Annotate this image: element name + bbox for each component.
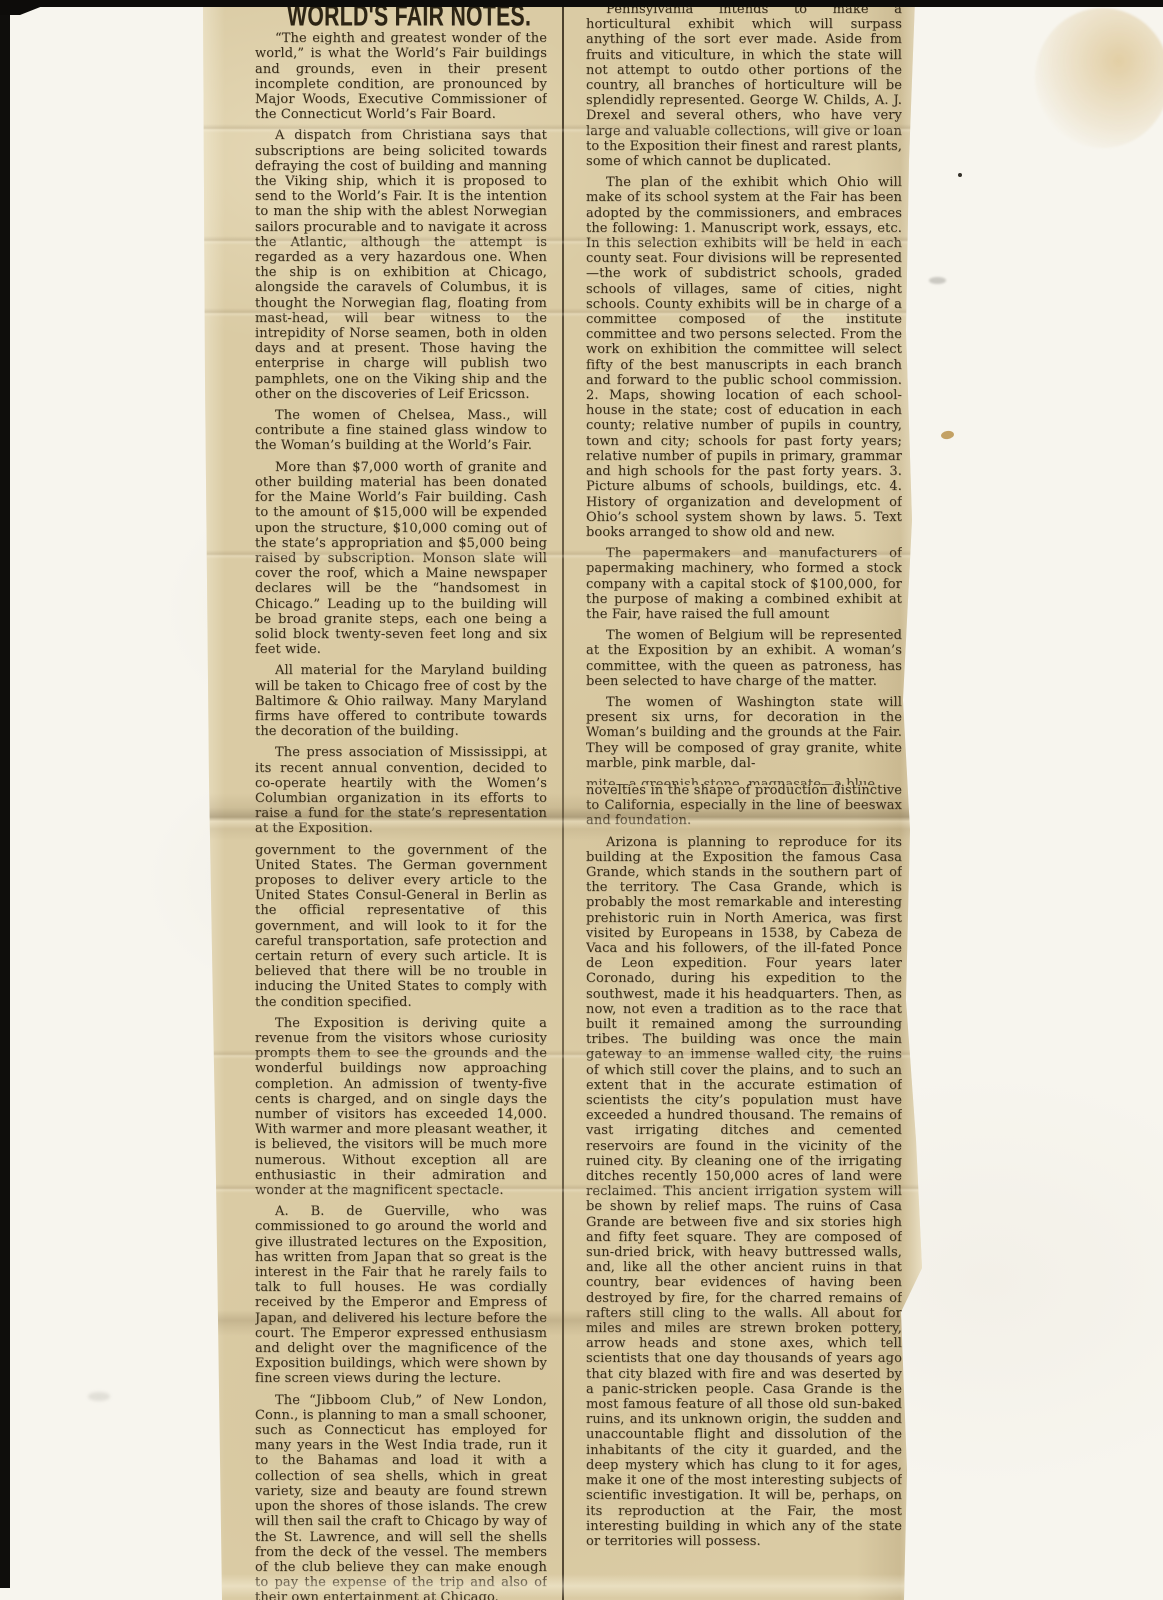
right-column: Pennsylvania intends to make a horticult…	[586, 2, 902, 1600]
article-paragraph: government to the government of the Unit…	[255, 843, 547, 1010]
article-paragraph: Pennsylvania intends to make a horticult…	[586, 2, 902, 169]
article-paragraph: novelties in the shape of production dis…	[586, 783, 902, 829]
article-paragraph: A dispatch from Christiana says that sub…	[255, 128, 547, 402]
article-paragraph: The plan of the exhibit which Ohio will …	[586, 175, 902, 540]
article-paragraph: The “Jibboom Club,” of New London, Conn.…	[255, 1393, 547, 1600]
article-paragraph: mite—a greenish stone, magnasate—a blue	[586, 777, 902, 785]
article-paragraph: Arizona is planning to reproduce for its…	[586, 835, 902, 1550]
scan-edge-left	[0, 0, 10, 1588]
left-column: WORLD'S FAIR NOTES. “The eighth and grea…	[255, 6, 547, 1600]
article-headline: WORLD'S FAIR NOTES.	[287, 8, 515, 24]
article-paragraph: The women of Washington state will prese…	[586, 695, 902, 771]
article-paragraph: The press association of Mississippi, at…	[255, 745, 547, 836]
article-paragraph: All material for the Maryland building w…	[255, 663, 547, 739]
article-paragraph: More than $7,000 worth of granite and ot…	[255, 460, 547, 658]
scan-edge-top	[0, 0, 1163, 7]
newspaper-clipping: WORLD'S FAIR NOTES. “The eighth and grea…	[196, 0, 922, 1600]
article-paragraph: A. B. de Guerville, who was commissioned…	[255, 1204, 547, 1386]
article-paragraph: The women of Chelsea, Mass., will contri…	[255, 408, 547, 454]
article-paragraph: The papermakers and manufacturers of pap…	[586, 546, 902, 622]
scanned-newspaper-page: WORLD'S FAIR NOTES. “The eighth and grea…	[0, 0, 1163, 1600]
right-column-text: Pennsylvania intends to make a horticult…	[586, 2, 902, 1549]
article-paragraph: The women of Belgium will be represented…	[586, 628, 902, 689]
left-column-text: “The eighth and greatest wonder of the w…	[255, 31, 547, 1600]
article-paragraph: The Exposition is deriving quite a reven…	[255, 1016, 547, 1198]
article-paragraph: “The eighth and greatest wonder of the w…	[255, 31, 547, 122]
column-divider-rule	[562, 0, 564, 1600]
